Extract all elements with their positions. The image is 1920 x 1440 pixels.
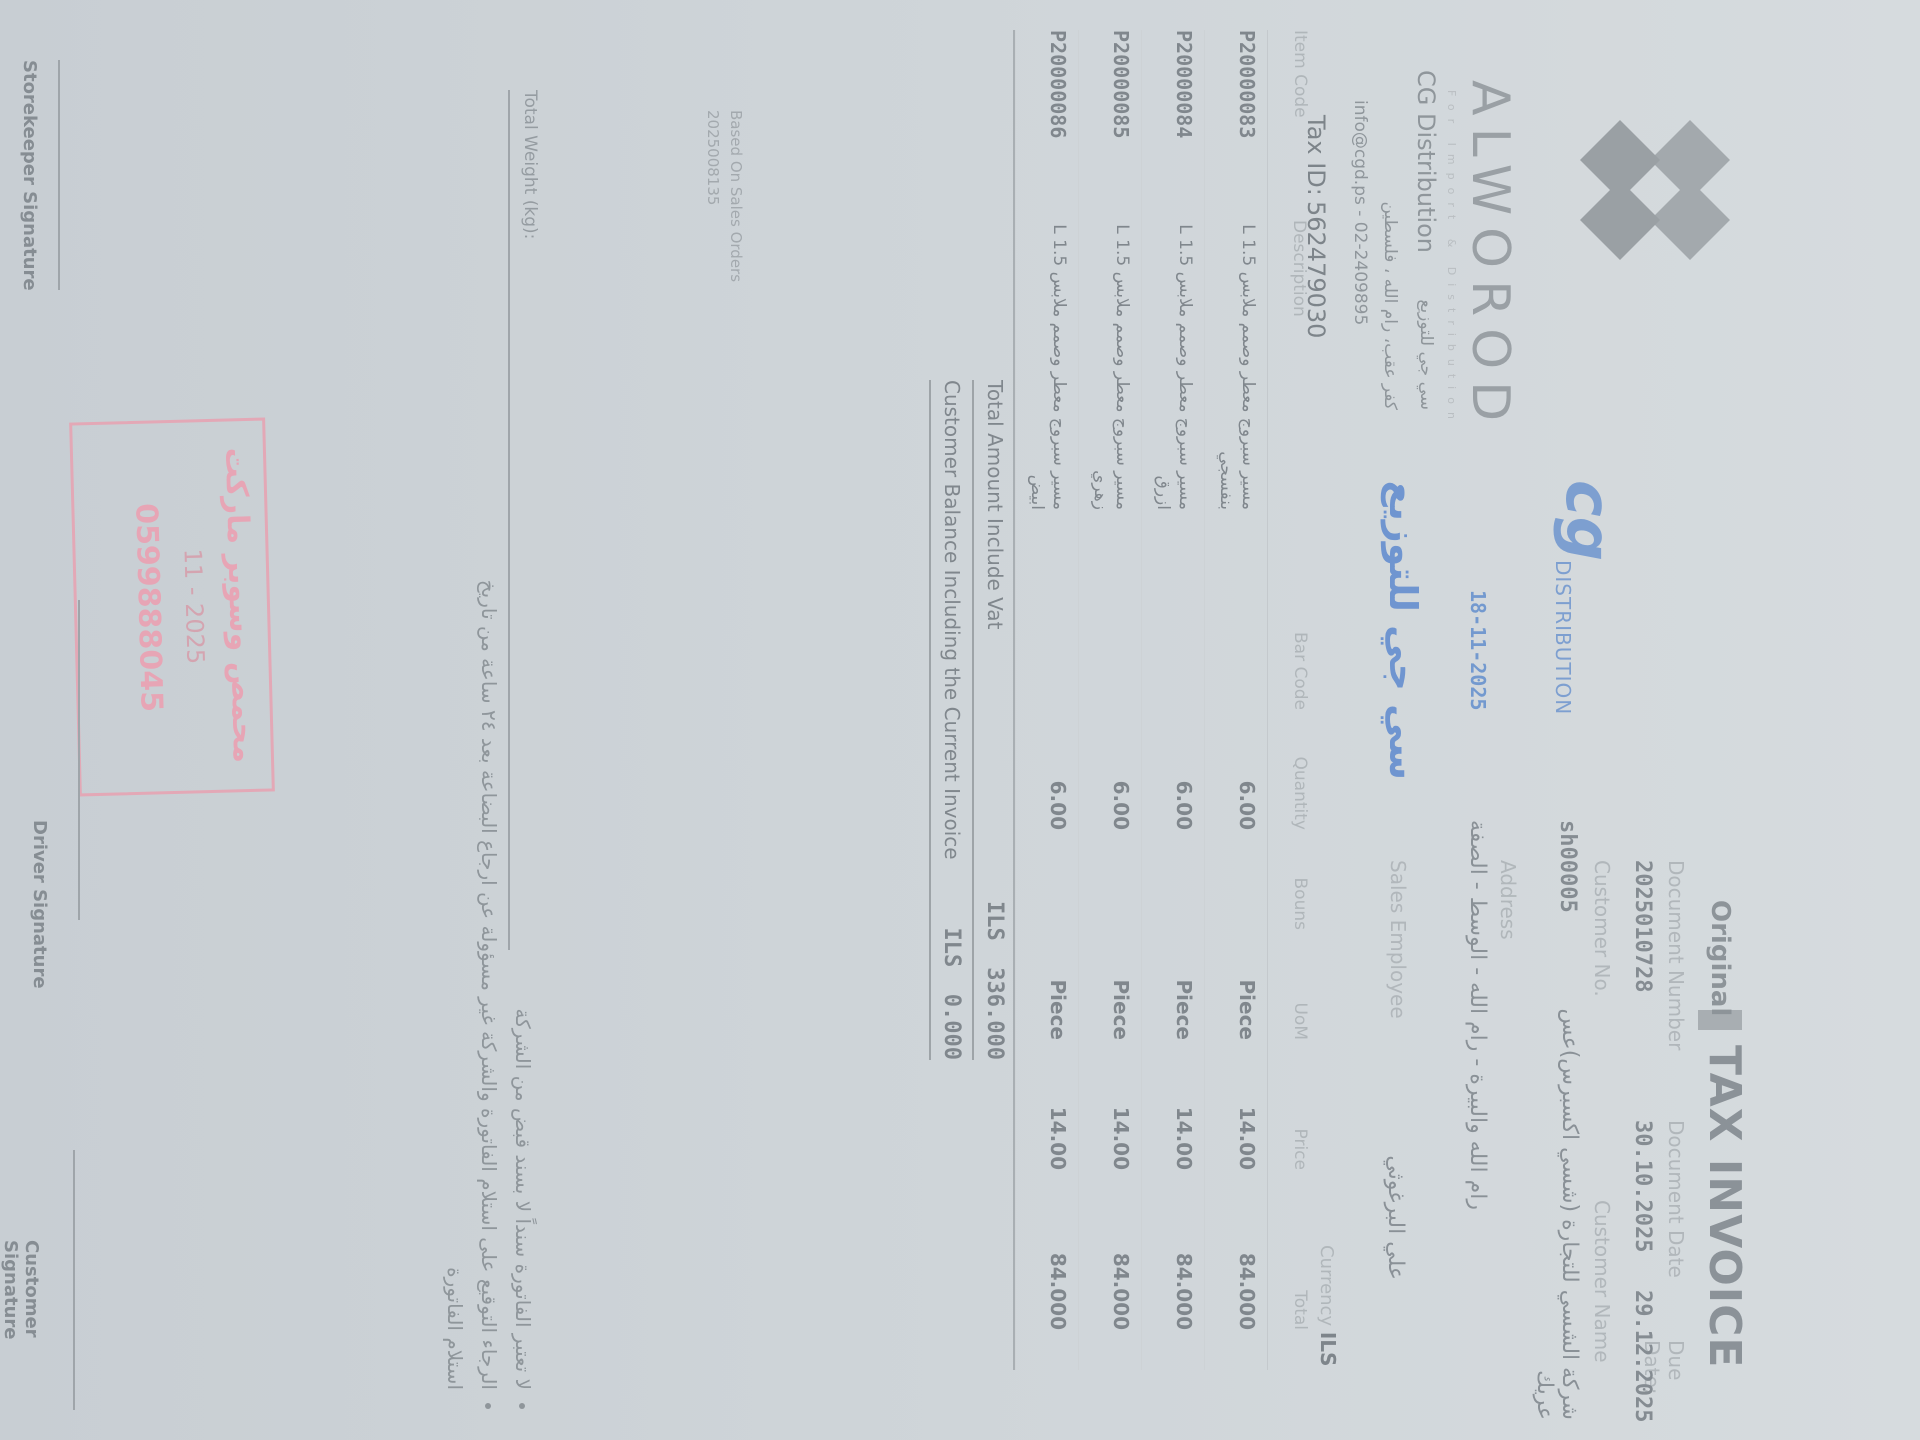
item-price: 14.00	[1235, 1040, 1259, 1170]
company-name-en: CG Distribution	[1412, 70, 1440, 253]
alworod-wordmark: ALWOROD	[1460, 80, 1520, 433]
customer-balance-row: Customer Balance Including the Current I…	[929, 380, 972, 1060]
item-uom: Piece	[1235, 930, 1259, 1040]
due-date: 29.12.2025	[1630, 1290, 1655, 1422]
header-uom: UoM	[1290, 930, 1310, 1040]
header-total: Total	[1290, 1170, 1310, 1330]
page-title: TAX INVOICE	[1699, 1045, 1750, 1369]
table-row: P20000084 مسير سبروج معطر وصمم ملابس 1.5…	[1141, 30, 1204, 1370]
customer-stamp-number: 0599888045	[127, 437, 171, 778]
customer-no-label: Customer No.	[1590, 860, 1614, 997]
item-total: 84.000	[1109, 1170, 1133, 1330]
document-number: 2025010728	[1630, 860, 1655, 992]
item-quantity: 6.00	[1235, 710, 1259, 830]
header-item-code: Item Code	[1290, 30, 1310, 220]
customer-no: sh00005	[1555, 820, 1580, 913]
total-currency: ILS	[982, 901, 1007, 941]
sales-employee: علي البرغوثي	[1383, 1080, 1408, 1280]
item-description: مسير سبروج معطر وصمم ملابس 1.5 L زهري	[1089, 220, 1133, 510]
customer-stamp-date: 11 - 2025	[176, 436, 213, 777]
table-body: P20000083 مسير سبروج معطر وصمم ملابس 1.5…	[1015, 30, 1267, 1370]
customer-name-label: Customer Name	[1590, 1200, 1614, 1363]
based-on-label: Based On Sales Orders	[727, 110, 745, 282]
customer-stamp: محمص وسوبر ماركت 11 - 2025 0599888045	[69, 417, 275, 796]
total-weight-label: Total Weight (kg):	[520, 90, 540, 239]
stamp-date: 18-11-2025	[1466, 590, 1490, 710]
copy-label: Original	[1705, 900, 1735, 1016]
table-header: Item Code Description Bar Code Quantity …	[1267, 30, 1310, 1370]
item-code: P20000086	[1046, 30, 1070, 220]
items-table: Item Code Description Bar Code Quantity …	[1013, 30, 1310, 1370]
address: رام الله والبيرة - رام الله - الوسط - ال…	[1465, 820, 1490, 1380]
item-price: 14.00	[1046, 1040, 1070, 1170]
alworod-logo-icon	[1530, 120, 1730, 260]
item-uom: Piece	[1172, 930, 1196, 1040]
item-code: P20000084	[1172, 30, 1196, 220]
cg-logo-icon: cg	[1552, 480, 1625, 561]
sales-employee-label: Sales Employee	[1386, 860, 1410, 1019]
item-code: P20000083	[1235, 30, 1259, 220]
total-value: 336.000	[982, 967, 1007, 1060]
cg-logo-subtitle: DISTRIBUTION	[1551, 560, 1575, 715]
driver-signature-line	[78, 600, 80, 920]
total-amount-row: Total Amount Include Vat ILS 336.000	[972, 380, 1015, 1060]
total-amount-label: Total Amount Include Vat	[982, 380, 1007, 629]
document-number-label: Document Number	[1664, 860, 1688, 1050]
note-item: لا تعتبر الفاتورة سنداً لا بسند قبض من ا…	[506, 560, 540, 1390]
header-bouns: Bouns	[1290, 830, 1310, 930]
item-quantity: 6.00	[1046, 710, 1070, 830]
invoice-notes: لا تعتبر الفاتورة سنداً لا بسند قبض من ا…	[438, 560, 540, 1400]
item-code: P20000085	[1109, 30, 1133, 220]
note-item: الرجاء التوقيع على استلام الفاتورة والشر…	[438, 560, 506, 1390]
customer-stamp-name: محمص وسوبر ماركت	[218, 435, 262, 776]
storekeeper-signature-label: Storekeeper Signature	[19, 60, 40, 291]
customer-signature-line	[73, 1150, 75, 1410]
item-total: 84.000	[1235, 1170, 1259, 1330]
item-description: مسير سبروج معطر وصمم ملابس 1.5 L ازرق	[1152, 220, 1196, 510]
table-row: P20000086 مسير سبروج معطر وصمم ملابس 1.5…	[1015, 30, 1078, 1370]
document-date: 30.10.2025	[1630, 1120, 1655, 1252]
item-total: 84.000	[1172, 1170, 1196, 1330]
item-price: 14.00	[1172, 1040, 1196, 1170]
item-total: 84.000	[1046, 1170, 1070, 1330]
table-row: P20000083 مسير سبروج معطر وصمم ملابس 1.5…	[1204, 30, 1267, 1370]
customer-balance-label: Customer Balance Including the Current I…	[939, 380, 964, 860]
company-stamp: سي جي للتوزيع	[1381, 480, 1425, 780]
currency-value: ILS	[1316, 1332, 1340, 1367]
item-description: مسير سبروج معطر وصمم ملابس 1.5 L بنفسجي	[1215, 220, 1259, 510]
item-quantity: 6.00	[1172, 710, 1196, 830]
balance-currency: ILS	[939, 928, 964, 968]
customer-name: شركة الشسي للتجارة (شسي اكسبرس)عس عريك	[1532, 1000, 1582, 1420]
header-description: Description	[1288, 220, 1310, 510]
header-bar-code: Bar Code	[1290, 510, 1310, 710]
customer-signature-label: Customer Signature	[0, 1240, 42, 1440]
storekeeper-signature-line	[58, 60, 60, 290]
address-label: Address	[1496, 860, 1520, 940]
invoice-paper: TAX INVOICE Original Document Number 202…	[0, 0, 1920, 1440]
driver-signature-label: Driver Signature	[29, 820, 50, 989]
item-uom: Piece	[1046, 930, 1070, 1040]
company-name-ar: سي جي للتوزيع	[1416, 270, 1436, 410]
item-description: مسير سبروج معطر وصمم ملابس 1.5 L ابيض	[1026, 220, 1070, 510]
alworod-tagline: For Import & Distribution	[1445, 90, 1458, 427]
company-address: كفر عقب، رام الله ، فلسطين	[1380, 90, 1400, 410]
company-contact: info@cgd.ps - 02-2409895	[1350, 100, 1370, 325]
balance-value: 0.000	[939, 994, 964, 1060]
currency: Currency ILS	[1316, 1245, 1340, 1366]
item-price: 14.00	[1109, 1040, 1133, 1170]
item-uom: Piece	[1109, 930, 1133, 1040]
customer-balance: ILS 0.000	[939, 928, 964, 1060]
based-on-value: 2025008135	[704, 110, 722, 205]
total-amount: ILS 336.000	[982, 901, 1007, 1060]
header-price: Price	[1290, 1040, 1310, 1170]
header-quantity: Quantity	[1290, 710, 1310, 830]
totals-block: Total Amount Include Vat ILS 336.000 Cus…	[929, 380, 1015, 1060]
currency-label: Currency	[1316, 1245, 1337, 1326]
document-date-label: Document Date	[1664, 1120, 1688, 1278]
table-row: P20000085 مسير سبروج معطر وصمم ملابس 1.5…	[1078, 30, 1141, 1370]
item-quantity: 6.00	[1109, 710, 1133, 830]
